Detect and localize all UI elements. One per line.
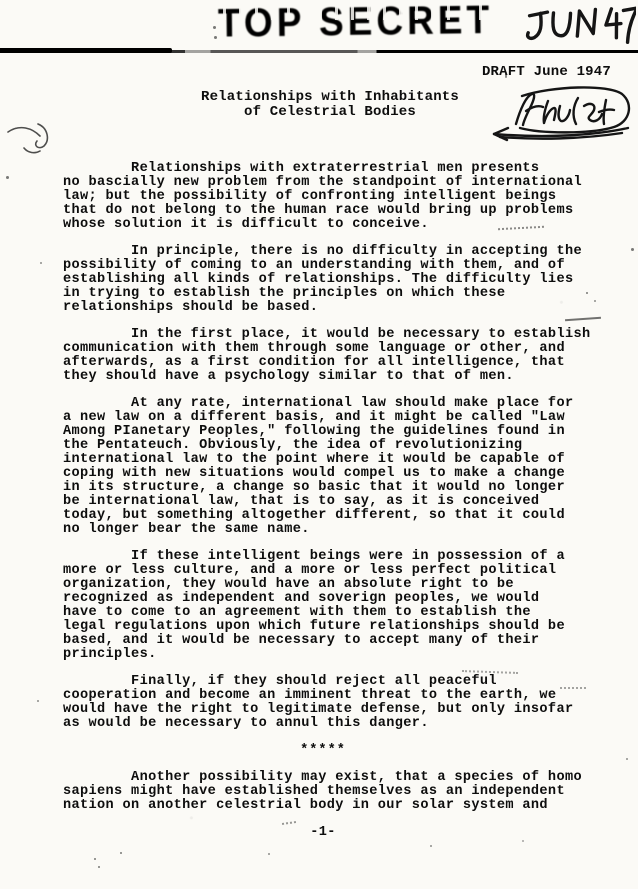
scan-speck xyxy=(213,26,216,29)
page-number: -1- xyxy=(63,826,583,840)
paragraph-6: Finally, if they should reject all peace… xyxy=(63,675,608,731)
asterisk-separator: ***** xyxy=(63,744,583,758)
document-body: Relationships with extraterrestrial men … xyxy=(63,162,608,840)
top-secret-stamp: TOP SECRET xyxy=(218,0,488,46)
scan-speck xyxy=(214,36,217,39)
divider-line xyxy=(0,50,638,53)
scan-speck xyxy=(626,758,628,760)
paragraph-4: At any rate, international law should ma… xyxy=(63,397,608,537)
scan-speck xyxy=(37,700,39,702)
scan-speck xyxy=(98,866,100,868)
margin-scribble xyxy=(2,116,74,164)
scan-speck xyxy=(120,852,122,854)
draft-date: June 1947 xyxy=(534,64,611,80)
scan-speck xyxy=(522,840,524,842)
paragraph-1: Relationships with extraterrestrial men … xyxy=(63,162,608,232)
draft-date-line: DRAFT June 1947 xyxy=(482,64,611,80)
paragraph-2: In principle, there is no difficulty in … xyxy=(63,245,608,315)
scan-speck xyxy=(268,853,270,855)
scan-speck xyxy=(430,845,432,847)
scan-speck xyxy=(94,858,96,860)
handwritten-note-annotation xyxy=(482,84,638,142)
paragraph-5: If these intelligent beings were in poss… xyxy=(63,550,608,662)
paragraph-3: In the first place, it would be necessar… xyxy=(63,328,608,384)
scan-speck xyxy=(6,176,9,179)
draft-label: DRAFT xyxy=(482,64,525,80)
handwritten-date-annotation xyxy=(524,4,636,50)
scan-speck xyxy=(40,262,42,264)
document-page: TOP SECRET DRAFT June 1947 Relationships… xyxy=(0,0,638,889)
scan-speck xyxy=(631,248,634,251)
paragraph-7: Another possibility may exist, that a sp… xyxy=(63,771,608,813)
